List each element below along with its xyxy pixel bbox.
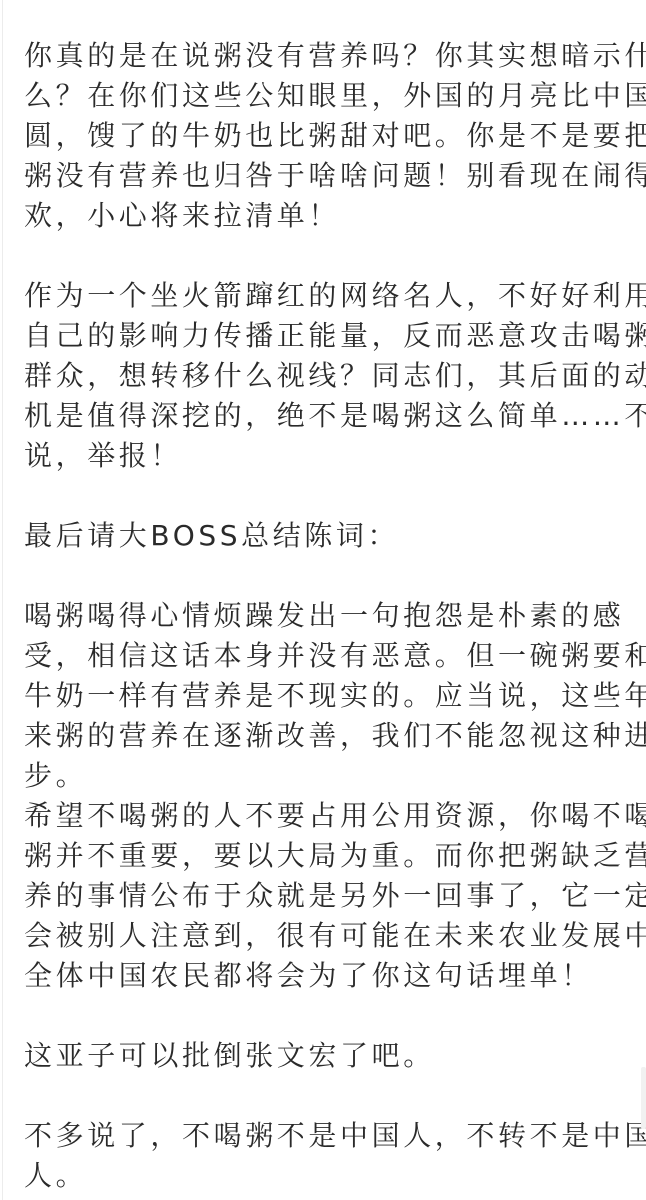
paragraph-spacer [24, 236, 624, 276]
paragraph-boss-intro: 最后请大BOSS总结陈词： [24, 516, 624, 556]
scrollbar-thumb[interactable] [641, 1067, 646, 1129]
text-line: 养的事情公布于众就是另外一回事了，它一定 [24, 876, 624, 916]
paragraph-spacer [24, 556, 624, 596]
text-line: 牛奶一样有营养是不现实的。应当说，这些年 [24, 676, 624, 716]
text-line: 么？在你们这些公知眼里，外国的月亮比中国 [24, 76, 624, 116]
text-line: 作为一个坐火箭蹿红的网络名人，不好好利用 [24, 276, 624, 316]
text-line: 欢，小心将来拉清单！ [24, 196, 624, 236]
paragraph-closing: 不多说了，不喝粥不是中国人，不转不是中国 人。 [24, 1116, 624, 1196]
text-line: 自己的影响力传播正能量，反而恶意攻击喝粥 [24, 316, 624, 356]
paragraph-spacer [24, 996, 624, 1036]
text-line: 人。 [24, 1156, 624, 1196]
text-line: 希望不喝粥的人不要占用公用资源，你喝不喝 [24, 796, 624, 836]
text-line: 机是值得深挖的，绝不是喝粥这么简单……不多 [24, 396, 624, 436]
left-border-line [2, 0, 3, 1200]
paragraph-remark: 这亚子可以批倒张文宏了吧。 [24, 1036, 624, 1076]
text-line: 最后请大BOSS总结陈词： [24, 516, 624, 556]
paragraph-spacer [24, 476, 624, 516]
text-line: 这亚子可以批倒张文宏了吧。 [24, 1036, 624, 1076]
text-line: 步。 [24, 756, 624, 796]
text-line: 不多说了，不喝粥不是中国人，不转不是中国 [24, 1116, 624, 1156]
text-line: 说，举报！ [24, 436, 624, 476]
text-line: 来粥的营养在逐渐改善，我们不能忽视这种进 [24, 716, 624, 756]
paragraph-report: 作为一个坐火箭蹿红的网络名人，不好好利用 自己的影响力传播正能量，反而恶意攻击喝… [24, 276, 624, 476]
text-line: 你真的是在说粥没有营养吗？你其实想暗示什 [24, 36, 624, 76]
text-line: 圆，馊了的牛奶也比粥甜对吧。你是不是要把 [24, 116, 624, 156]
text-line: 受，相信这话本身并没有恶意。但一碗粥要和 [24, 636, 624, 676]
text-line: 粥没有营养也归咎于啥啥问题！别看现在闹得 [24, 156, 624, 196]
text-line: 喝粥喝得心情烦躁发出一句抱怨是朴素的感 [24, 596, 624, 636]
article-body: 你真的是在说粥没有营养吗？你其实想暗示什 么？在你们这些公知眼里，外国的月亮比中… [24, 36, 624, 1196]
paragraph-spacer [24, 1076, 624, 1116]
text-line: 粥并不重要，要以大局为重。而你把粥缺乏营 [24, 836, 624, 876]
text-line: 全体中国农民都将会为了你这句话埋单！ [24, 956, 624, 996]
paragraph-boss-statement: 喝粥喝得心情烦躁发出一句抱怨是朴素的感 受，相信这话本身并没有恶意。但一碗粥要和… [24, 596, 624, 996]
text-line: 会被别人注意到，很有可能在未来农业发展中 [24, 916, 624, 956]
paragraph-accusation: 你真的是在说粥没有营养吗？你其实想暗示什 么？在你们这些公知眼里，外国的月亮比中… [24, 36, 624, 236]
text-line: 群众，想转移什么视线？同志们，其后面的动 [24, 356, 624, 396]
